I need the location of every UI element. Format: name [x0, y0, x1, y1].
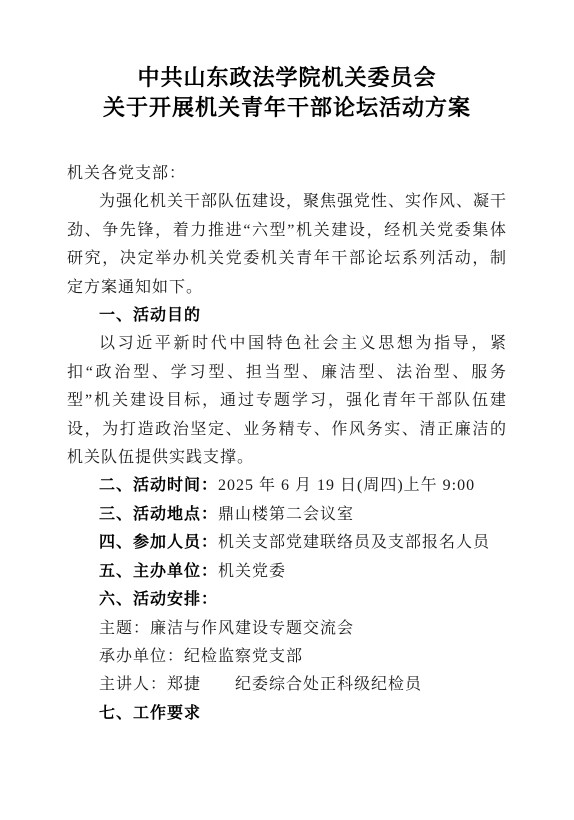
- arrangement-detail-speaker: 主讲人：郑捷 纪委综合处正科级纪检员: [67, 671, 507, 699]
- section-organizer-value: 机关党委: [218, 563, 286, 580]
- section-line-organizer: 五、主办单位：机关党委: [67, 558, 507, 586]
- section-time-label: 二、活动时间：: [99, 477, 218, 494]
- section-participants-value: 机关支部党建联络员及支部报名人员: [218, 534, 490, 551]
- document-page: 中共山东政法学院机关委员会 关于开展机关青年干部论坛活动方案 机关各党支部： 为…: [0, 0, 574, 820]
- section-line-location: 三、活动地点：鼎山楼第二会议室: [67, 501, 507, 529]
- title-line-1: 中共山东政法学院机关委员会: [0, 63, 574, 93]
- section-organizer-label: 五、主办单位：: [99, 563, 218, 580]
- section-line-participants: 四、参加人员：机关支部党建联络员及支部报名人员: [67, 529, 507, 557]
- section-heading-purpose-label: 一、活动目的: [99, 307, 201, 324]
- title-line-2: 关于开展机关青年干部论坛活动方案: [0, 93, 574, 123]
- arrangement-detail-topic: 主题：廉洁与作风建设专题交流会: [67, 615, 507, 643]
- section-location-value: 鼎山楼第二会议室: [218, 506, 354, 523]
- section-heading-arrangement-label: 六、活动安排：: [99, 591, 218, 608]
- intro-paragraph: 为强化机关干部队伍建设，聚焦强党性、实作风、凝干劲、争先锋，着力推进“六型”机关…: [67, 188, 507, 302]
- salutation: 机关各党支部：: [67, 160, 507, 188]
- section-line-time: 二、活动时间：2025 年 6 月 19 日(周四)上午 9:00: [67, 472, 507, 500]
- section-heading-requirements-label: 七、工作要求: [99, 705, 201, 722]
- section-time-value: 2025 年 6 月 19 日(周四)上午 9:00: [218, 477, 475, 494]
- section-heading-arrangement: 六、活动安排：: [67, 586, 507, 614]
- document-body: 机关各党支部： 为强化机关干部队伍建设，聚焦强党性、实作风、凝干劲、争先锋，着力…: [67, 160, 507, 728]
- section-heading-purpose: 一、活动目的: [67, 302, 507, 330]
- section-location-label: 三、活动地点：: [99, 506, 218, 523]
- document-title: 中共山东政法学院机关委员会 关于开展机关青年干部论坛活动方案: [0, 0, 574, 123]
- arrangement-detail-undertaker: 承办单位：纪检监察党支部: [67, 643, 507, 671]
- section-body-purpose: 以习近平新时代中国特色社会主义思想为指导，紧扣“政治型、学习型、担当型、廉洁型、…: [67, 330, 507, 472]
- section-heading-requirements: 七、工作要求: [67, 700, 507, 728]
- section-participants-label: 四、参加人员：: [99, 534, 218, 551]
